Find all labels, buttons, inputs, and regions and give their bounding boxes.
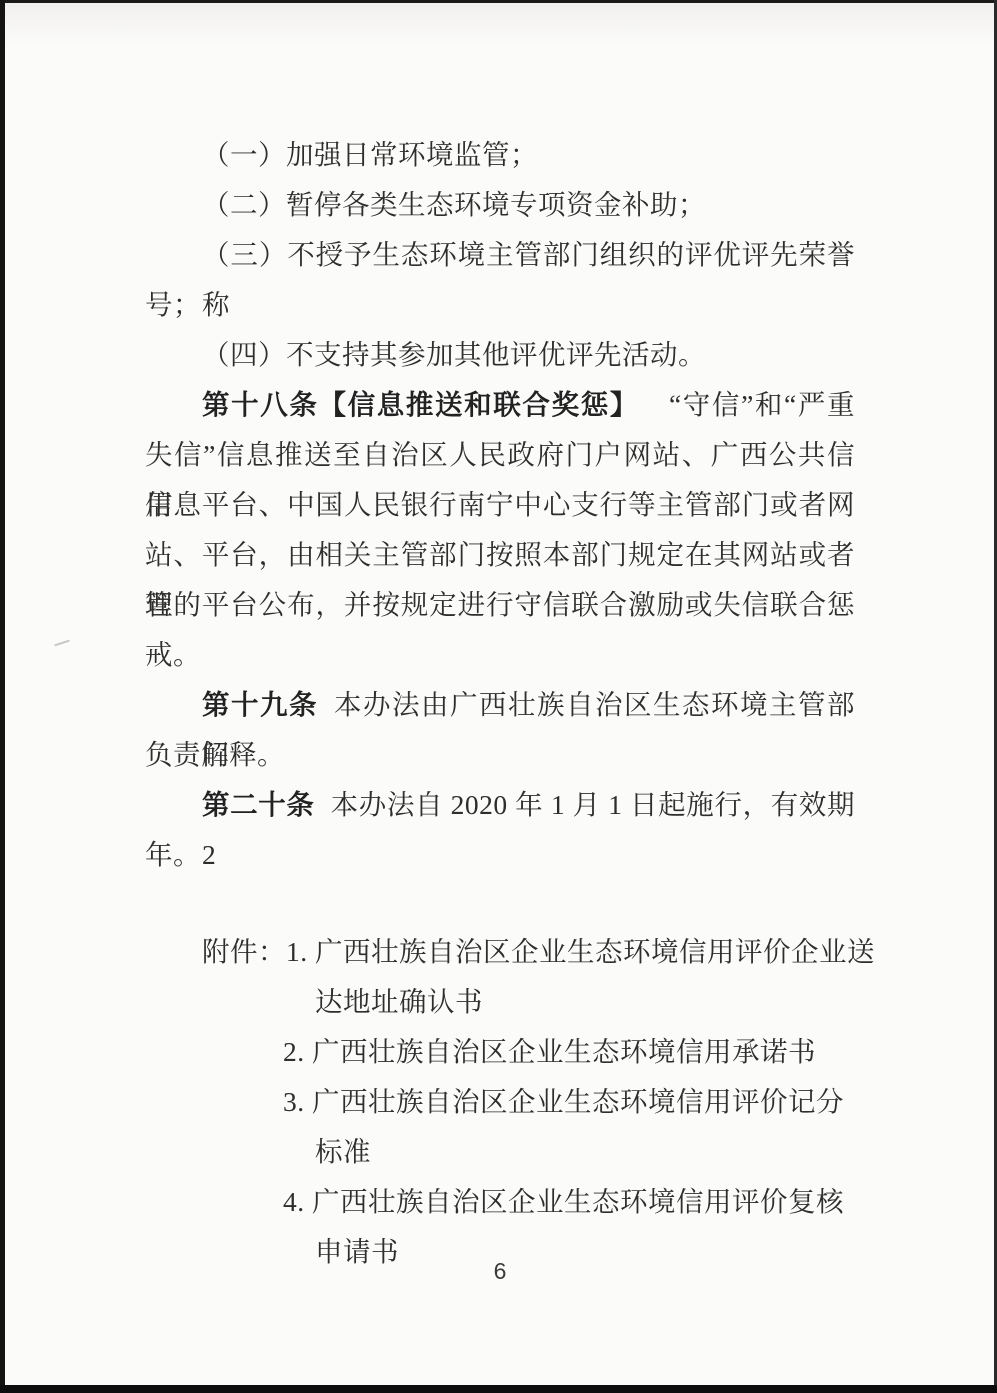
article-18-line: 失信”信息推送至自治区人民政府门户网站、广西公共信用	[145, 430, 855, 480]
scan-border-left	[0, 0, 5, 1393]
article-20-line: 年。	[145, 830, 855, 880]
list-item-line: （四）不支持其参加其他评优评先活动。	[145, 330, 855, 380]
article-20-heading: 第二十条	[202, 789, 315, 820]
scanned-document-page: （一）加强日常环境监管； （二）暂停各类生态环境专项资金补助； （三）不授予生态…	[0, 0, 997, 1393]
attachment-line: 4. 广西壮族自治区企业生态环境信用评价复核	[145, 1177, 855, 1227]
document-text-block: （一）加强日常环境监管； （二）暂停各类生态环境专项资金补助； （三）不授予生态…	[145, 130, 855, 1277]
scan-artifact	[54, 640, 70, 647]
attachment-line: 3. 广西壮族自治区企业生态环境信用评价记分	[145, 1077, 855, 1127]
attachments-label: 附件：	[202, 936, 286, 967]
article-18-line: 理的平台公布，并按规定进行守信联合激励或失信联合惩	[145, 580, 855, 630]
article-18-heading: 第十八条【信息推送和联合奖惩】	[202, 389, 639, 420]
article-18-line: 信息平台、中国人民银行南宁中心支行等主管部门或者网	[145, 480, 855, 530]
attachment-continuation-line: 标准	[145, 1127, 855, 1177]
page-number: 6	[145, 1258, 855, 1285]
attachment-item-text: 1. 广西壮族自治区企业生态环境信用评价企业送	[286, 936, 875, 967]
attachment-line: 附件：1. 广西壮族自治区企业生态环境信用评价企业送	[145, 927, 855, 977]
list-item-line: （二）暂停各类生态环境专项资金补助；	[145, 180, 855, 230]
list-item-line: （一）加强日常环境监管；	[145, 130, 855, 180]
article-18-text: “守信”和“严重	[669, 389, 855, 420]
article-18-line: 站、平台，由相关主管部门按照本部门规定在其网站或者管	[145, 530, 855, 580]
article-19-line: 第十九条本办法由广西壮族自治区生态环境主管部门	[145, 680, 855, 730]
article-19-heading: 第十九条	[202, 689, 318, 720]
article-18-line: 戒。	[145, 630, 855, 680]
article-19-line: 负责解释。	[145, 730, 855, 780]
attachments-list: 附件：1. 广西壮族自治区企业生态环境信用评价企业送 达地址确认书 2. 广西壮…	[145, 927, 855, 1277]
attachment-continuation-line: 达地址确认书	[145, 977, 855, 1027]
article-20-line: 第二十条本办法自 2020 年 1 月 1 日起施行，有效期 2	[145, 780, 855, 830]
scan-border-top	[0, 0, 997, 3]
list-item-line: （三）不授予生态环境主管部门组织的评优评先荣誉称	[145, 230, 855, 280]
scan-border-bottom	[0, 1385, 997, 1393]
article-18-line: 第十八条【信息推送和联合奖惩】“守信”和“严重	[145, 380, 855, 430]
list-item-continuation-line: 号；	[145, 280, 855, 330]
attachment-line: 2. 广西壮族自治区企业生态环境信用承诺书	[145, 1027, 855, 1077]
